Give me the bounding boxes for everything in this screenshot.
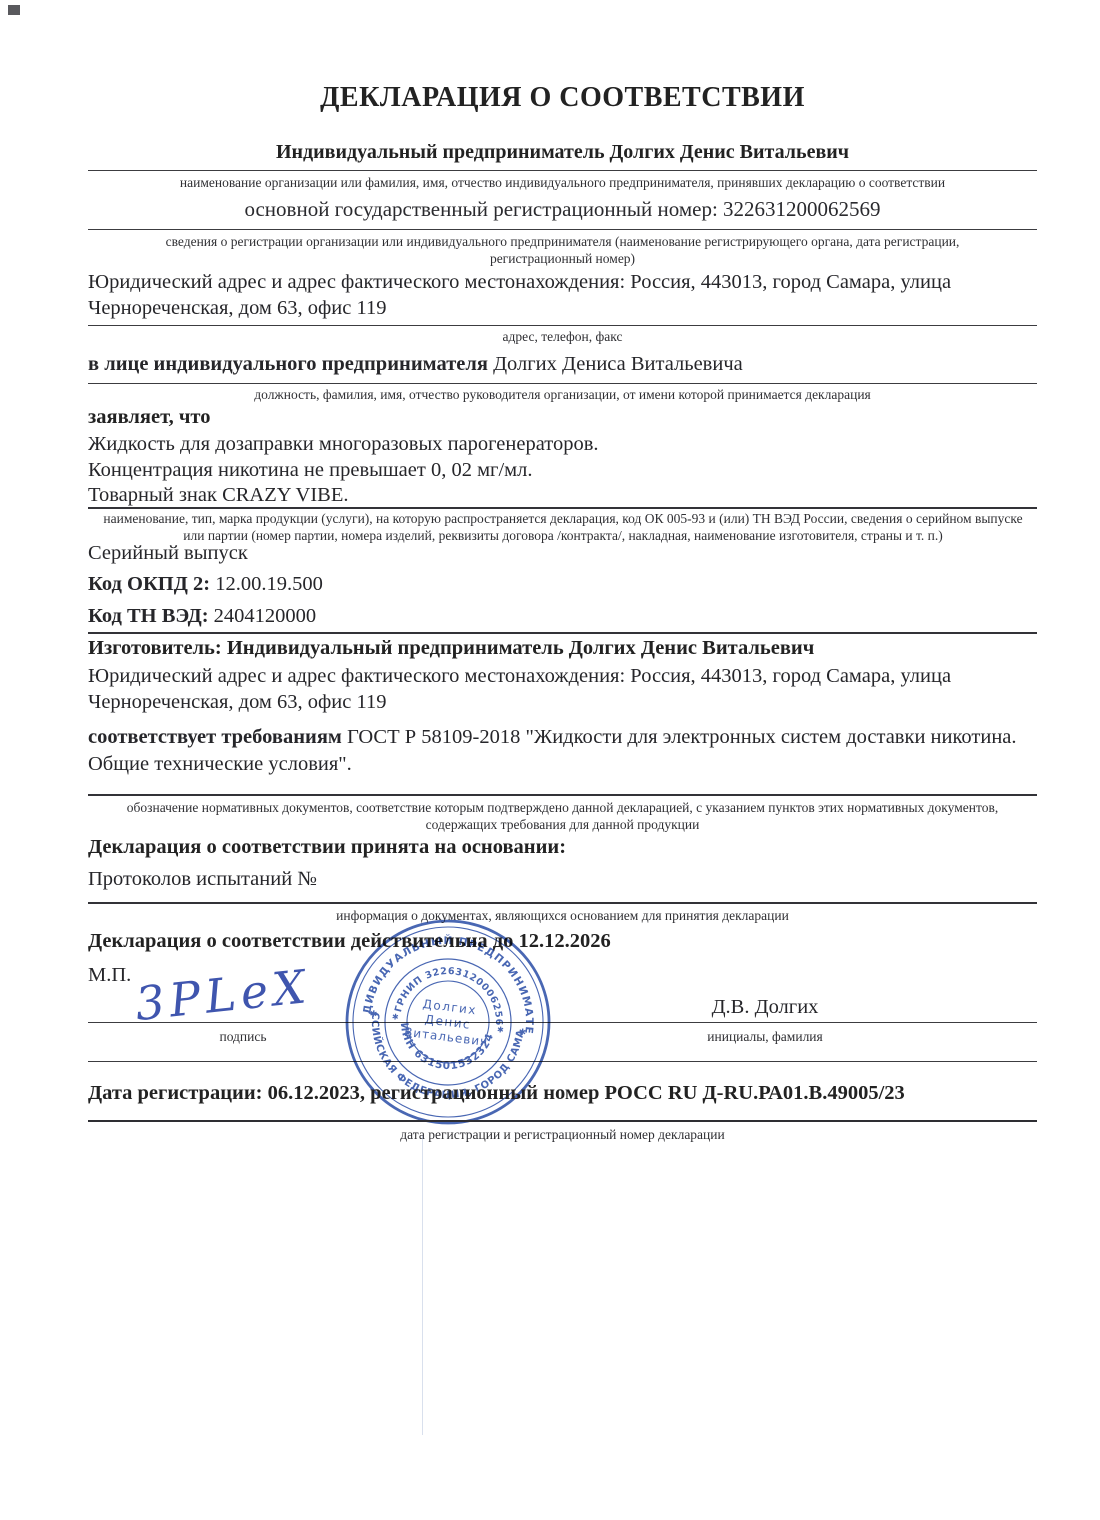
document-title: ДЕКЛАРАЦИЯ О СООТВЕТСТВИИ <box>88 82 1037 114</box>
declares-heading: заявляет, что <box>88 406 210 429</box>
in-person-note: должность, фамилия, имя, отчество руково… <box>88 387 1037 404</box>
in-person-label: в лице индивидуального предпринимателя <box>88 353 488 375</box>
conformity-line: соответствует требованиям ГОСТ Р 58109-2… <box>88 724 1026 778</box>
stamp-star-inner-right-icon: ✱ <box>497 1025 505 1035</box>
basis-heading: Декларация о соответствии принята на осн… <box>88 836 566 859</box>
conformity-label: соответствует требованиям <box>88 726 342 748</box>
basis-note: информация о документах, являющихся осно… <box>88 908 1037 925</box>
registration-line: Дата регистрации: 06.12.2023, регистраци… <box>88 1082 905 1105</box>
okpd-value: 12.00.19.500 <box>210 573 323 595</box>
scan-artifact-line <box>422 1135 423 1435</box>
initials-note: инициалы, фамилия <box>630 1029 900 1046</box>
stamp-star-outer-left-icon: ✱ <box>369 1009 378 1020</box>
scan-speck <box>8 5 20 15</box>
stamp-star-inner-left-icon: ✱ <box>391 1012 399 1022</box>
basis-text: Протоколов испытаний № <box>88 866 317 892</box>
rule-manufacturer <box>88 632 1037 634</box>
stamp-star-outer-right-icon: ✱ <box>518 1028 527 1039</box>
ogrn-line: основной государственный регистрационный… <box>88 197 1037 222</box>
signature-rule <box>88 1022 1037 1023</box>
rule-basis <box>88 902 1037 904</box>
registration-note: дата регистрации и регистрационный номер… <box>88 1127 1037 1144</box>
rule-conformity <box>88 794 1037 796</box>
round-stamp: ИНДИВИДУАЛЬНЫЙ ПРЕДПРИНИМАТЕЛЬ РОССИЙСКА… <box>328 902 569 1143</box>
rule-address <box>88 325 1037 326</box>
serial-issue: Серийный выпуск <box>88 540 248 566</box>
initials-value: Д.В. Долгих <box>630 994 900 1020</box>
okpd-label: Код ОКПД 2: <box>88 573 210 595</box>
handwritten-signature: 3PLeX <box>133 959 313 1031</box>
in-person-name: Долгих Дениса Витальевича <box>488 353 743 375</box>
okpd-code-line: Код ОКПД 2: 12.00.19.500 <box>88 571 323 597</box>
product-line-1: Жидкость для дозаправки многоразовых пар… <box>88 431 599 457</box>
declarant-name-note: наименование организации или фамилия, им… <box>88 175 1037 192</box>
declaration-document-page: ДЕКЛАРАЦИЯ О СООТВЕТСТВИИ Индивидуальный… <box>0 0 1100 1520</box>
rule-in-person <box>88 383 1037 384</box>
product-line-2: Концентрация никотина не превышает 0, 02… <box>88 457 533 483</box>
stamp-place-label: М.П. <box>88 962 131 988</box>
rule-ogrn <box>88 229 1037 230</box>
product-line-3: Товарный знак CRAZY VIBE. <box>88 482 349 508</box>
tnved-value: 2404120000 <box>209 605 317 627</box>
rule-declarant <box>88 170 1037 171</box>
in-person-line: в лице индивидуального предпринимателя Д… <box>88 351 1028 377</box>
conformity-note: обозначение нормативных документов, соот… <box>110 800 1015 833</box>
tnved-label: Код ТН ВЭД: <box>88 605 209 627</box>
manufacturer-address: Юридический адрес и адрес фактического м… <box>88 663 1016 715</box>
rule-product <box>88 507 1037 509</box>
rule-registration <box>88 1120 1037 1122</box>
ogrn-note: сведения о регистрации организации или и… <box>130 234 995 267</box>
rule-below-signature <box>88 1061 1037 1062</box>
tnved-code-line: Код ТН ВЭД: 2404120000 <box>88 603 316 629</box>
manufacturer-line: Изготовитель: Индивидуальный предпринима… <box>88 637 814 660</box>
address-note: адрес, телефон, факс <box>88 329 1037 346</box>
declarant-address: Юридический адрес и адрес фактического м… <box>88 269 1016 321</box>
declarant-name: Индивидуальный предприниматель Долгих Де… <box>88 141 1037 164</box>
